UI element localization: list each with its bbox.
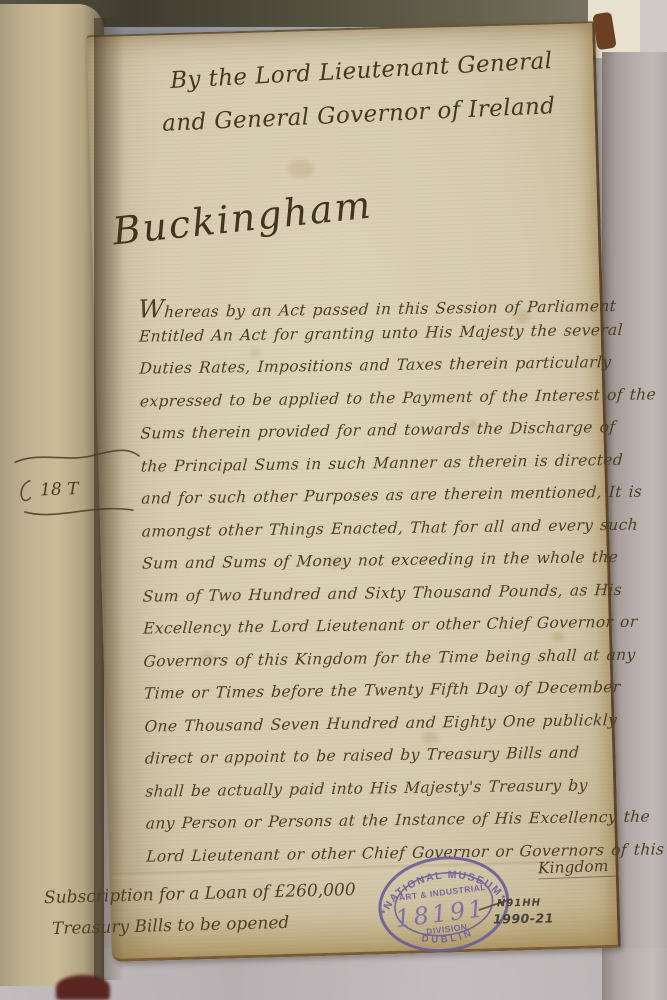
margin-flourish-top <box>15 450 139 463</box>
margin-note-label: 18 T <box>40 479 81 500</box>
margin-partial-letter <box>21 481 31 501</box>
manuscript-photo: By the Lord Lieutenant General and Gener… <box>0 0 667 1000</box>
pencil-note-line-2: 1990-21 <box>493 910 554 926</box>
stamp-left-mark: * <box>381 908 386 919</box>
body-text: Whereas by an Act passed in this Session… <box>138 287 664 879</box>
margin-note: 18 T <box>9 444 152 529</box>
closing-word: Kingdom <box>538 857 617 880</box>
foxing-spot <box>288 160 314 178</box>
margin-flourish-bottom <box>25 508 133 516</box>
pencil-note-line-1: N91HH <box>497 898 541 910</box>
